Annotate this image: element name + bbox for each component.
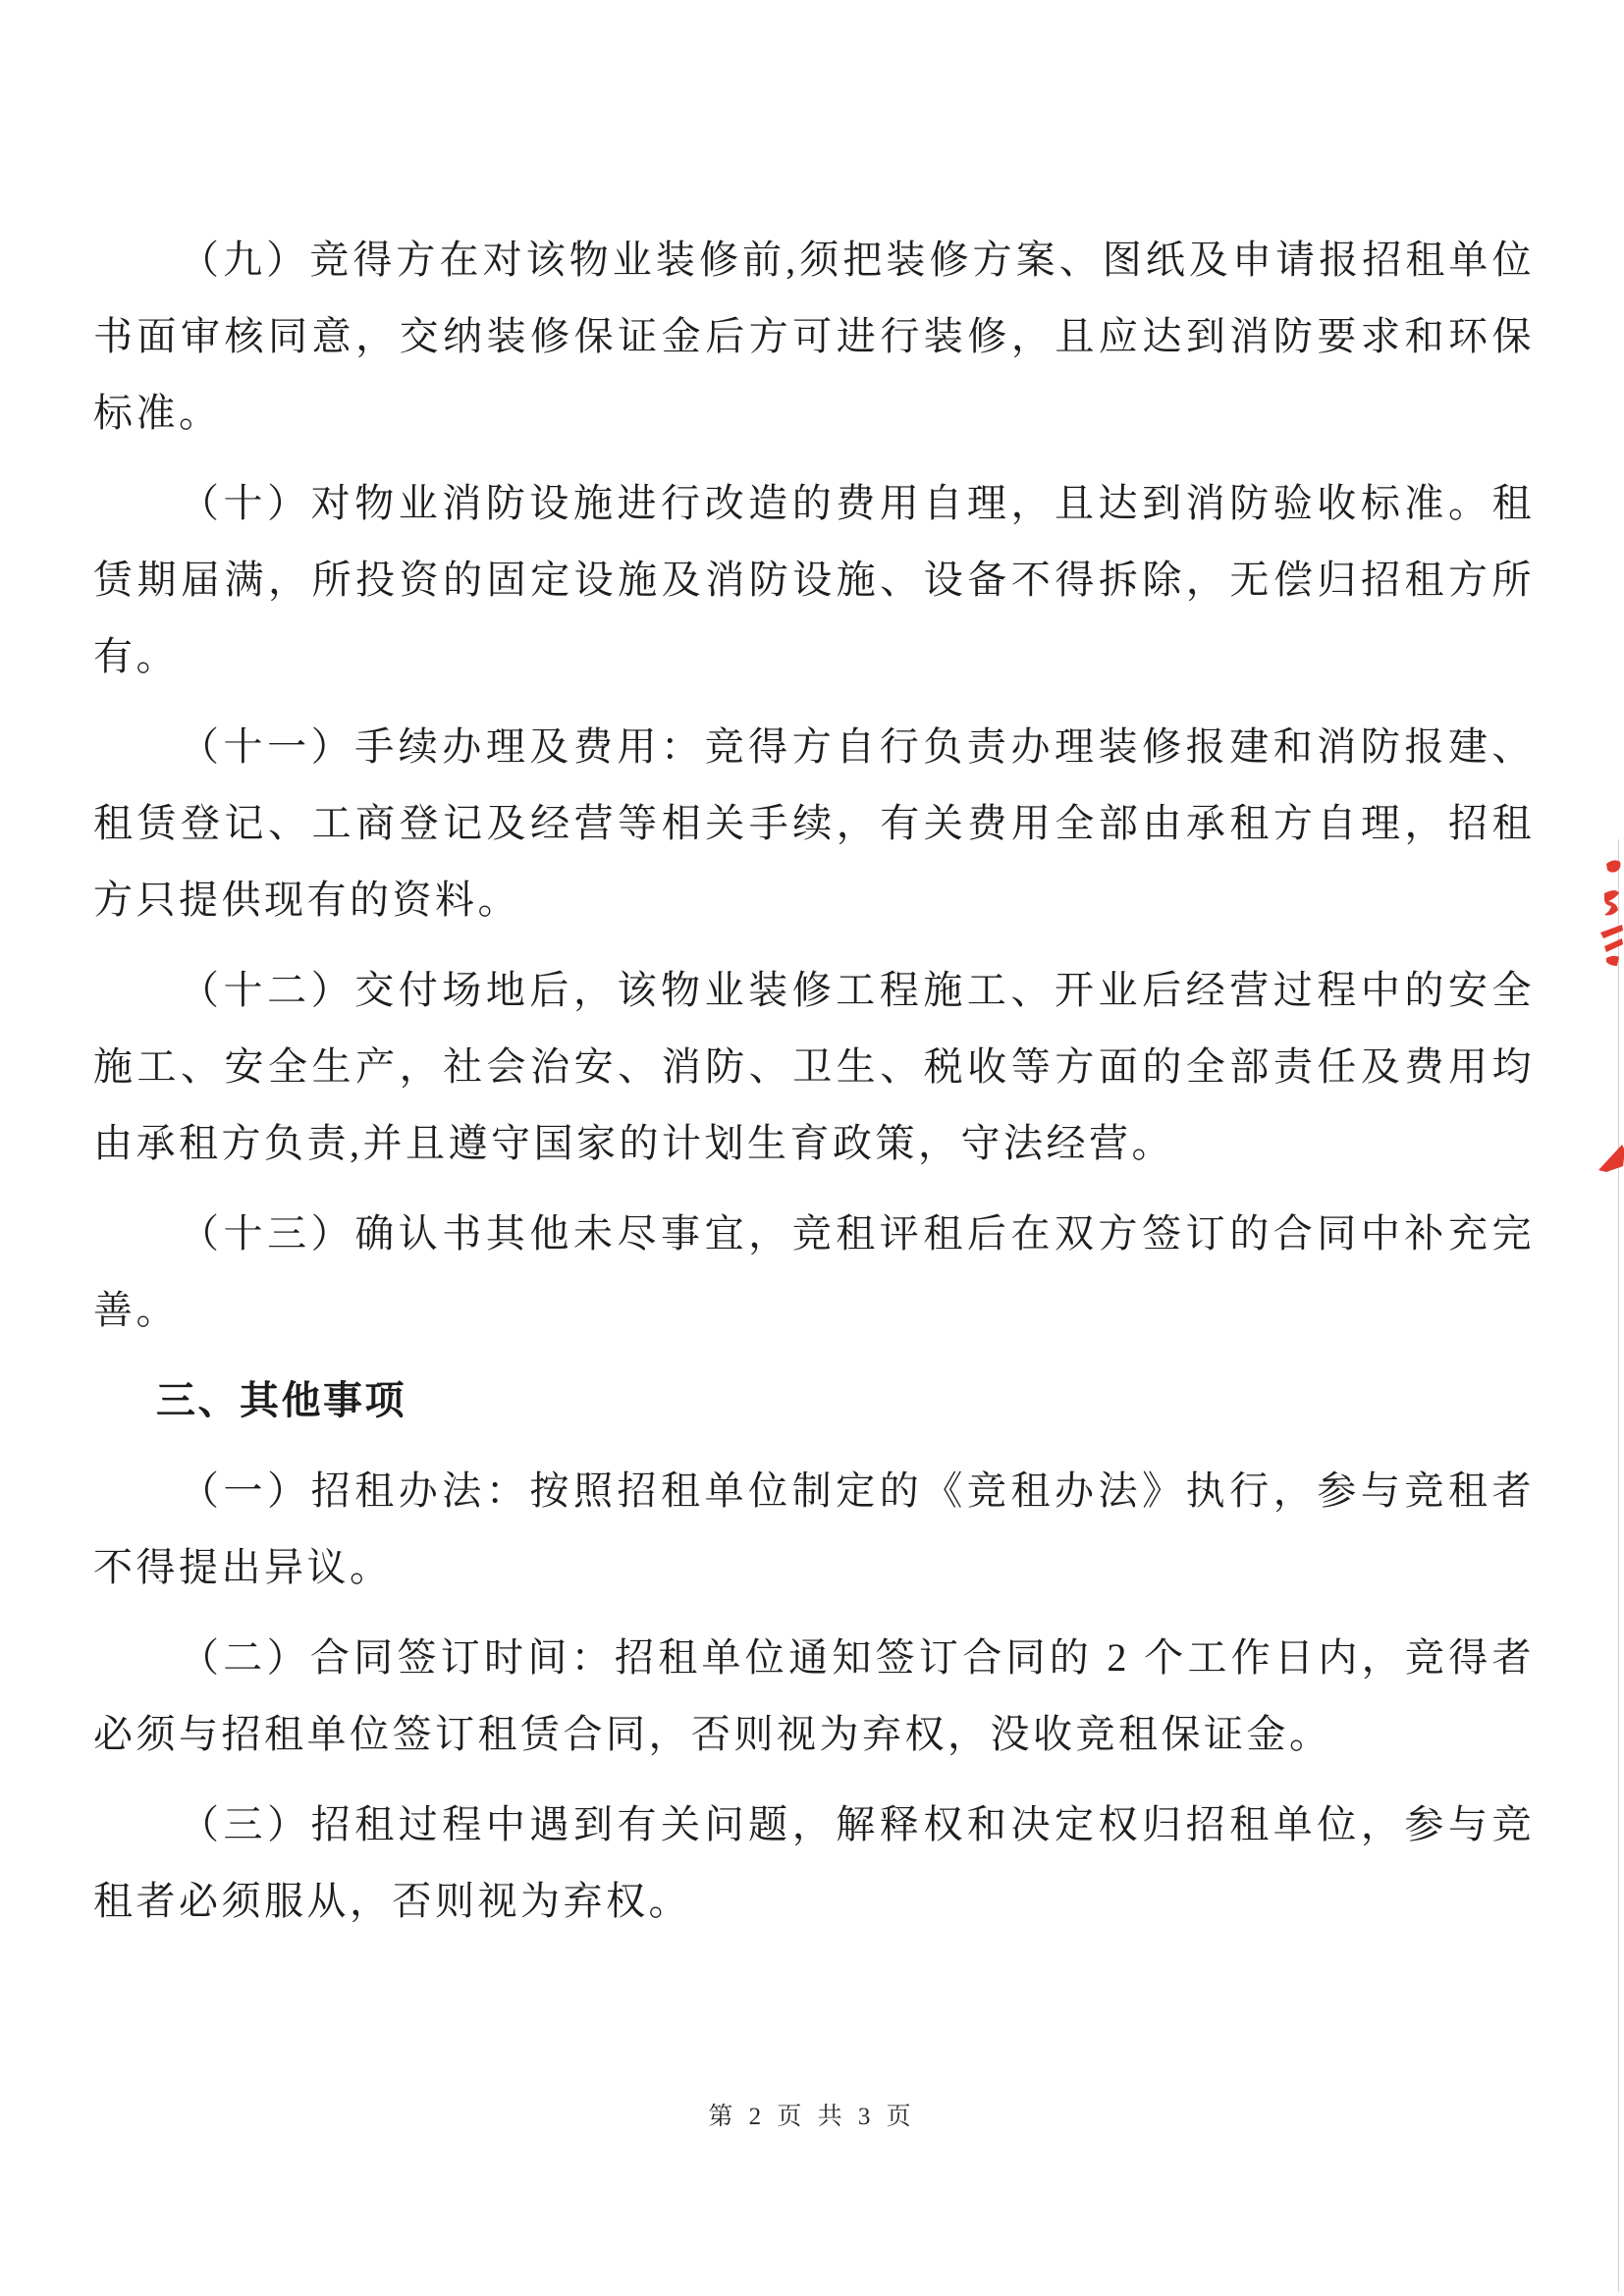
other-item-1-paragraph: （一）招租办法：按照招租单位制定的《竞租办法》执行，参与竞租者不得提出异议。 — [93, 1453, 1535, 1606]
page-number-footer: 第 2 页 共 3 页 — [0, 2097, 1624, 2132]
scanned-page: （九）竞得方在对该物业装修前,须把装修方案、图纸及申请报招租单位书面审核同意，交… — [0, 0, 1624, 2296]
document-body: （九）竞得方在对该物业装修前,须把装修方案、图纸及申请报招租单位书面审核同意，交… — [93, 222, 1535, 1953]
clause-12-paragraph: （十二）交付场地后，该物业装修工程施工、开业后经营过程中的安全施工、安全生产，社… — [93, 952, 1535, 1182]
red-seal-fragment-icon — [1593, 856, 1624, 974]
clause-9-paragraph: （九）竞得方在对该物业装修前,须把装修方案、图纸及申请报招租单位书面审核同意，交… — [93, 222, 1535, 452]
scan-edge-artifact-line — [1618, 839, 1619, 2292]
clause-11-paragraph: （十一）手续办理及费用：竞得方自行负责办理装修报建和消防报建、租赁登记、工商登记… — [93, 709, 1535, 938]
clause-10-paragraph: （十）对物业消防设施进行改造的费用自理，且达到消防验收标准。租赁期届满，所投资的… — [93, 465, 1535, 695]
other-item-2-paragraph: （二）合同签订时间：招租单位通知签订合同的 2 个工作日内，竞得者必须与招租单位… — [93, 1620, 1535, 1773]
section-heading-other-matters: 三、其他事项 — [93, 1362, 1535, 1439]
red-seal-wedge-icon — [1597, 1141, 1624, 1174]
other-item-3-paragraph: （三）招租过程中遇到有关问题，解释权和决定权归招租单位，参与竞租者必须服从，否则… — [93, 1787, 1535, 1940]
clause-13-paragraph: （十三）确认书其他未尽事宜，竞租评租后在双方签订的合同中补充完善。 — [93, 1196, 1535, 1349]
